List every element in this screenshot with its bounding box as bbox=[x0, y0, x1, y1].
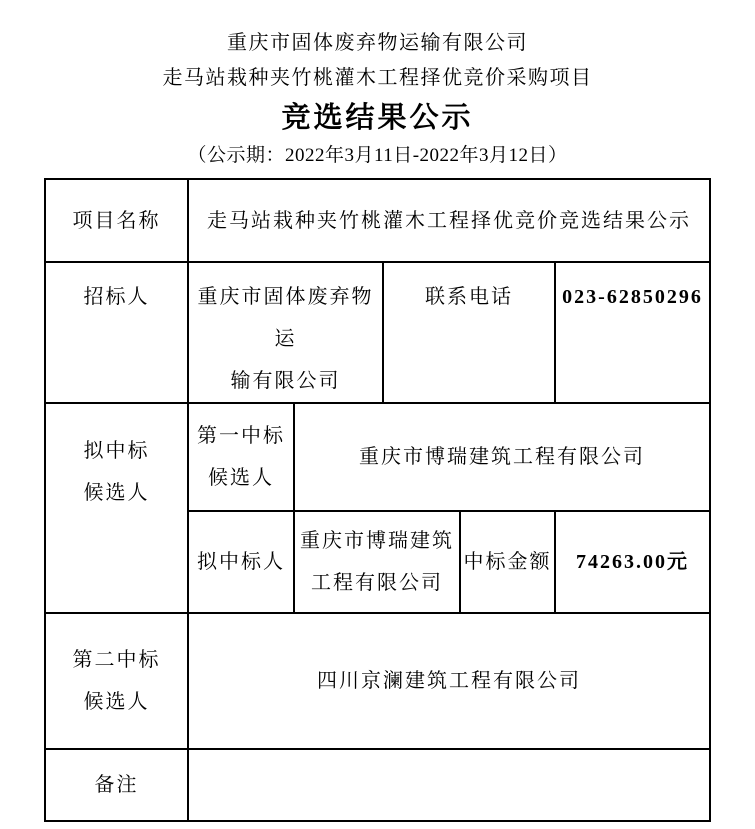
second-candidate-label: 第二中标 候选人 bbox=[45, 613, 188, 749]
publicity-period: （公示期：2022年3月11日-2022年3月12日） bbox=[0, 140, 755, 172]
remarks-label: 备注 bbox=[45, 749, 188, 821]
remarks-value bbox=[188, 749, 710, 821]
proposed-winner-section-label: 拟中标 候选人 bbox=[45, 403, 188, 613]
project-title-line: 走马站栽种夹竹桃灌木工程择优竞价采购项目 bbox=[0, 61, 755, 96]
award-amount-value: 74263.00元 bbox=[555, 511, 710, 613]
project-name-label: 项目名称 bbox=[45, 179, 188, 262]
tenderer-label: 招标人 bbox=[45, 262, 188, 403]
row-second-candidate: 第二中标 候选人 四川京澜建筑工程有限公司 bbox=[45, 613, 710, 749]
page-title: 竞选结果公示 bbox=[0, 96, 755, 140]
second-candidate-value: 四川京澜建筑工程有限公司 bbox=[188, 613, 710, 749]
row-project-name: 项目名称 走马站栽种夹竹桃灌木工程择优竞价竞选结果公示 bbox=[45, 179, 710, 262]
tenderer-value: 重庆市固体废弃物运 输有限公司 bbox=[188, 262, 383, 403]
project-name-value: 走马站栽种夹竹桃灌木工程择优竞价竞选结果公示 bbox=[188, 179, 710, 262]
contact-phone-label: 联系电话 bbox=[383, 262, 555, 403]
first-candidate-value: 重庆市博瑞建筑工程有限公司 bbox=[294, 403, 710, 511]
contact-phone-value: 023-62850296 bbox=[555, 262, 710, 403]
proposed-winner-value: 重庆市博瑞建筑 工程有限公司 bbox=[294, 511, 460, 613]
proposed-winner-label: 拟中标人 bbox=[188, 511, 294, 613]
row-remarks: 备注 bbox=[45, 749, 710, 821]
first-candidate-label: 第一中标 候选人 bbox=[188, 403, 294, 511]
award-amount-label: 中标金额 bbox=[460, 511, 555, 613]
results-table: 项目名称 走马站栽种夹竹桃灌木工程择优竞价竞选结果公示 招标人 重庆市固体废弃物… bbox=[44, 178, 711, 822]
document-header: 重庆市固体废弃物运输有限公司 走马站栽种夹竹桃灌木工程择优竞价采购项目 竞选结果… bbox=[0, 0, 755, 172]
row-first-candidate: 拟中标 候选人 第一中标 候选人 重庆市博瑞建筑工程有限公司 bbox=[45, 403, 710, 511]
document-page: 重庆市固体废弃物运输有限公司 走马站栽种夹竹桃灌木工程择优竞价采购项目 竞选结果… bbox=[0, 0, 755, 829]
row-tenderer: 招标人 重庆市固体废弃物运 输有限公司 联系电话 023-62850296 bbox=[45, 262, 710, 403]
organization-name: 重庆市固体废弃物运输有限公司 bbox=[0, 26, 755, 61]
